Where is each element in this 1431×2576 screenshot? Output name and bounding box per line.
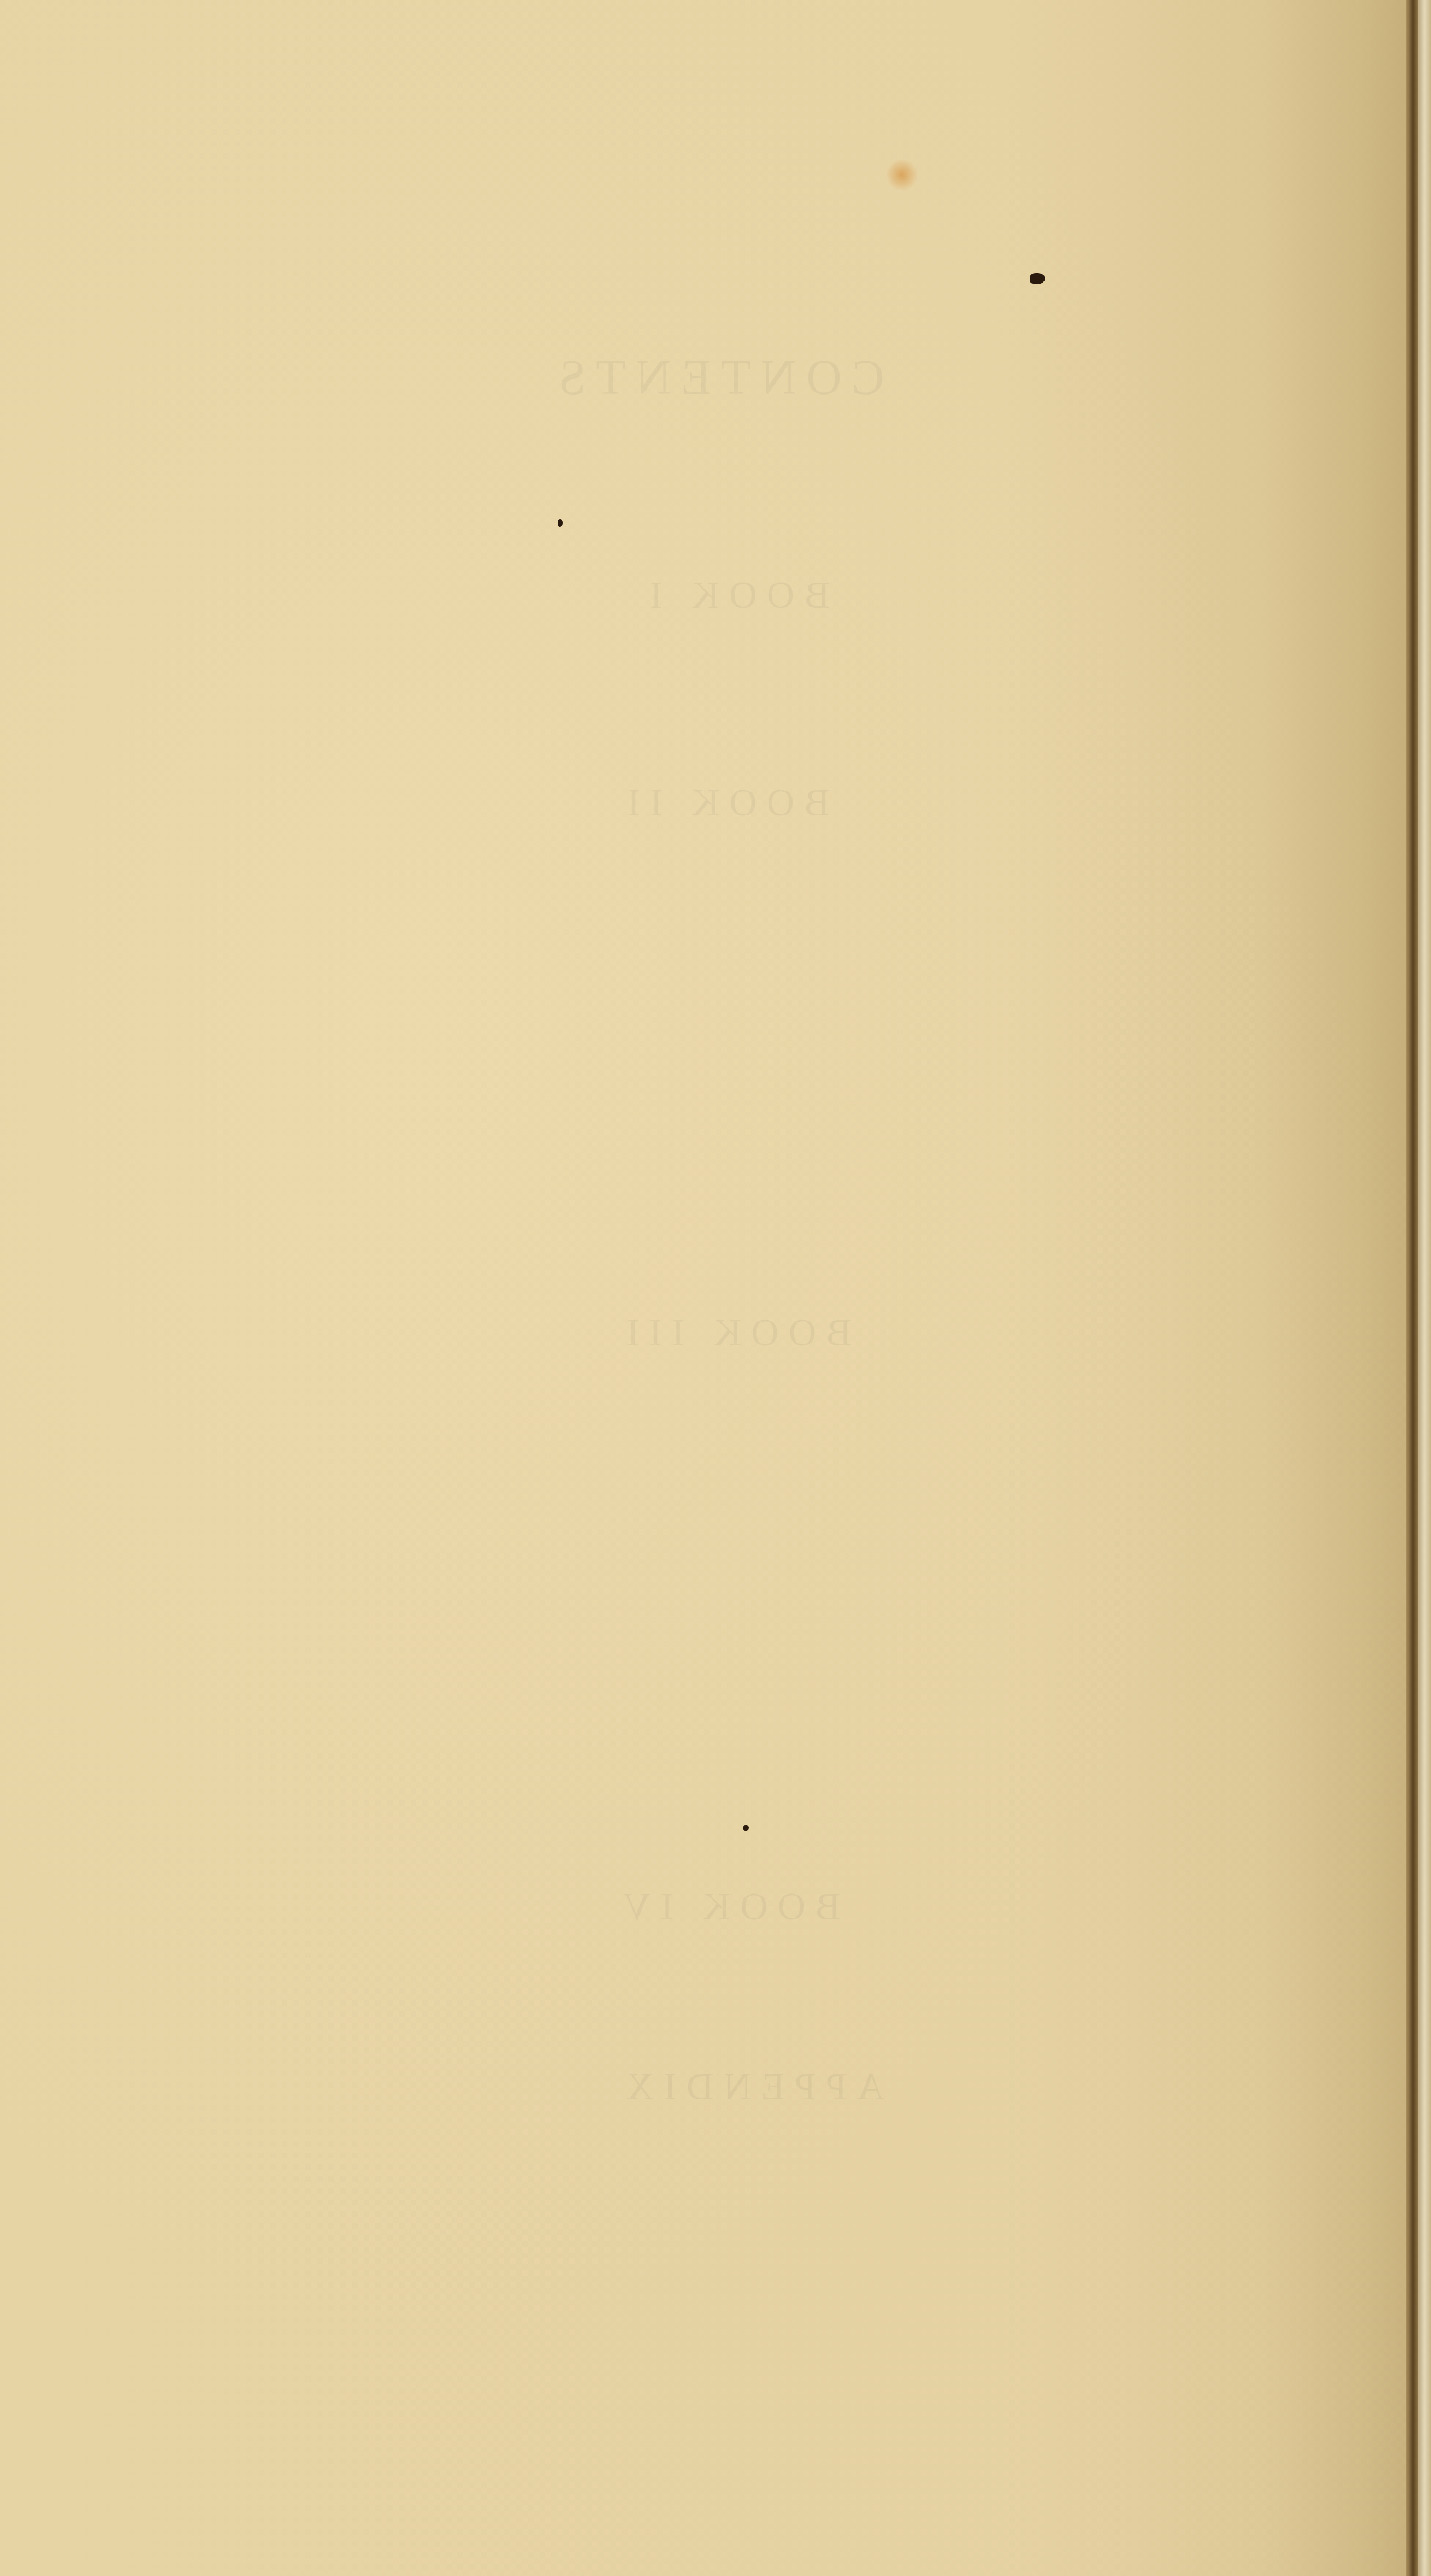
paper-stain: [885, 158, 918, 191]
book-page: CONTENTS BOOK I BOOK II BOOK III BOOK IV…: [0, 0, 1431, 2576]
ghost-heading-book-2: BOOK II: [618, 781, 830, 825]
binding-gutter-shadow: [1406, 0, 1418, 2576]
ghost-heading-appendix: APPENDIX: [617, 2066, 884, 2109]
ghost-heading-contents: CONTENTS: [549, 350, 884, 406]
ghost-heading-book-3: BOOK III: [617, 1311, 852, 1355]
binding-edge: [1418, 0, 1431, 2576]
show-through-text: CONTENTS BOOK I BOOK II BOOK III BOOK IV…: [0, 0, 1431, 2576]
ghost-heading-book-4: BOOK IV: [613, 1885, 841, 1929]
ghost-heading-book-1: BOOK I: [640, 574, 830, 617]
